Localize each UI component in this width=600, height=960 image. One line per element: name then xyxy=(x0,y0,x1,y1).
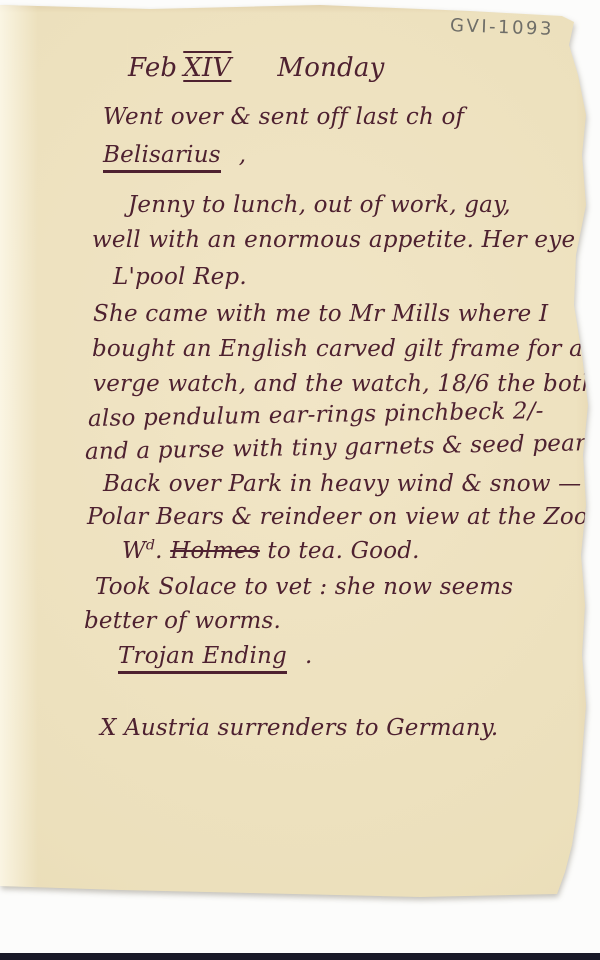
entry-line: She came with me to Mr Mills where I xyxy=(93,300,548,329)
entry-line: L'pool Rep. xyxy=(113,263,247,292)
entry-line: well with an enormous appetite. Her eye … xyxy=(92,226,600,255)
date-roman-numeral: XIV xyxy=(181,53,233,83)
entry-line: better of worms. xyxy=(84,607,281,636)
entry-line: bought an English carved gilt frame for … xyxy=(92,335,583,364)
news-line: X Austria surrenders to Germany. xyxy=(100,714,498,743)
superscript-d: d xyxy=(146,537,155,553)
archive-number: GVI-1093 xyxy=(450,15,555,40)
date-line: FebXIVMonday xyxy=(128,52,384,85)
date-month: Feb xyxy=(128,53,177,83)
book-title: Belisarius xyxy=(103,142,221,173)
entry-line: Polar Bears & reindeer on view at the Zo… xyxy=(87,503,595,532)
entry-line: Went over & sent off last ch of xyxy=(103,103,464,132)
entry-line: also pendulum ear-rings pinchbeck 2/- xyxy=(88,397,544,434)
title-punct: . xyxy=(305,643,313,669)
entry-line-book-title: Trojan Ending. xyxy=(118,642,312,671)
entry-line: Jenny to lunch, out of work, gay, xyxy=(128,191,511,220)
entry-line-holmes: Wd. Holmes to tea. Good. xyxy=(122,537,420,566)
paper-shadow-wrap: GVI-1093 FebXIVMonday Went over & sent o… xyxy=(0,0,600,960)
paper-sheet: GVI-1093 FebXIVMonday Went over & sent o… xyxy=(0,0,600,960)
scanner-bed-strip xyxy=(0,953,600,960)
entry-text: . xyxy=(155,538,170,564)
title-punct: , xyxy=(239,142,247,168)
struck-word: Holmes xyxy=(170,538,260,564)
entry-text: and a purse with tiny garnets & seed pea… xyxy=(85,430,600,465)
entry-line: verge watch, and the watch, 18/6 the bot… xyxy=(93,370,600,399)
entry-line-book-title: Belisarius, xyxy=(103,141,246,170)
date-weekday: Monday xyxy=(277,53,384,83)
entry-line: Took Solace to vet : she now seems xyxy=(95,573,513,602)
entry-line: and a purse with tiny garnets & seed pea… xyxy=(85,428,600,467)
entry-text: W xyxy=(122,538,146,564)
book-title: Trojan Ending xyxy=(118,643,287,674)
scanned-diary-page: GVI-1093 FebXIVMonday Went over & sent o… xyxy=(0,0,600,960)
entry-line: Back over Park in heavy wind & snow — on… xyxy=(103,470,600,499)
entry-text: to tea. Good. xyxy=(260,538,420,564)
